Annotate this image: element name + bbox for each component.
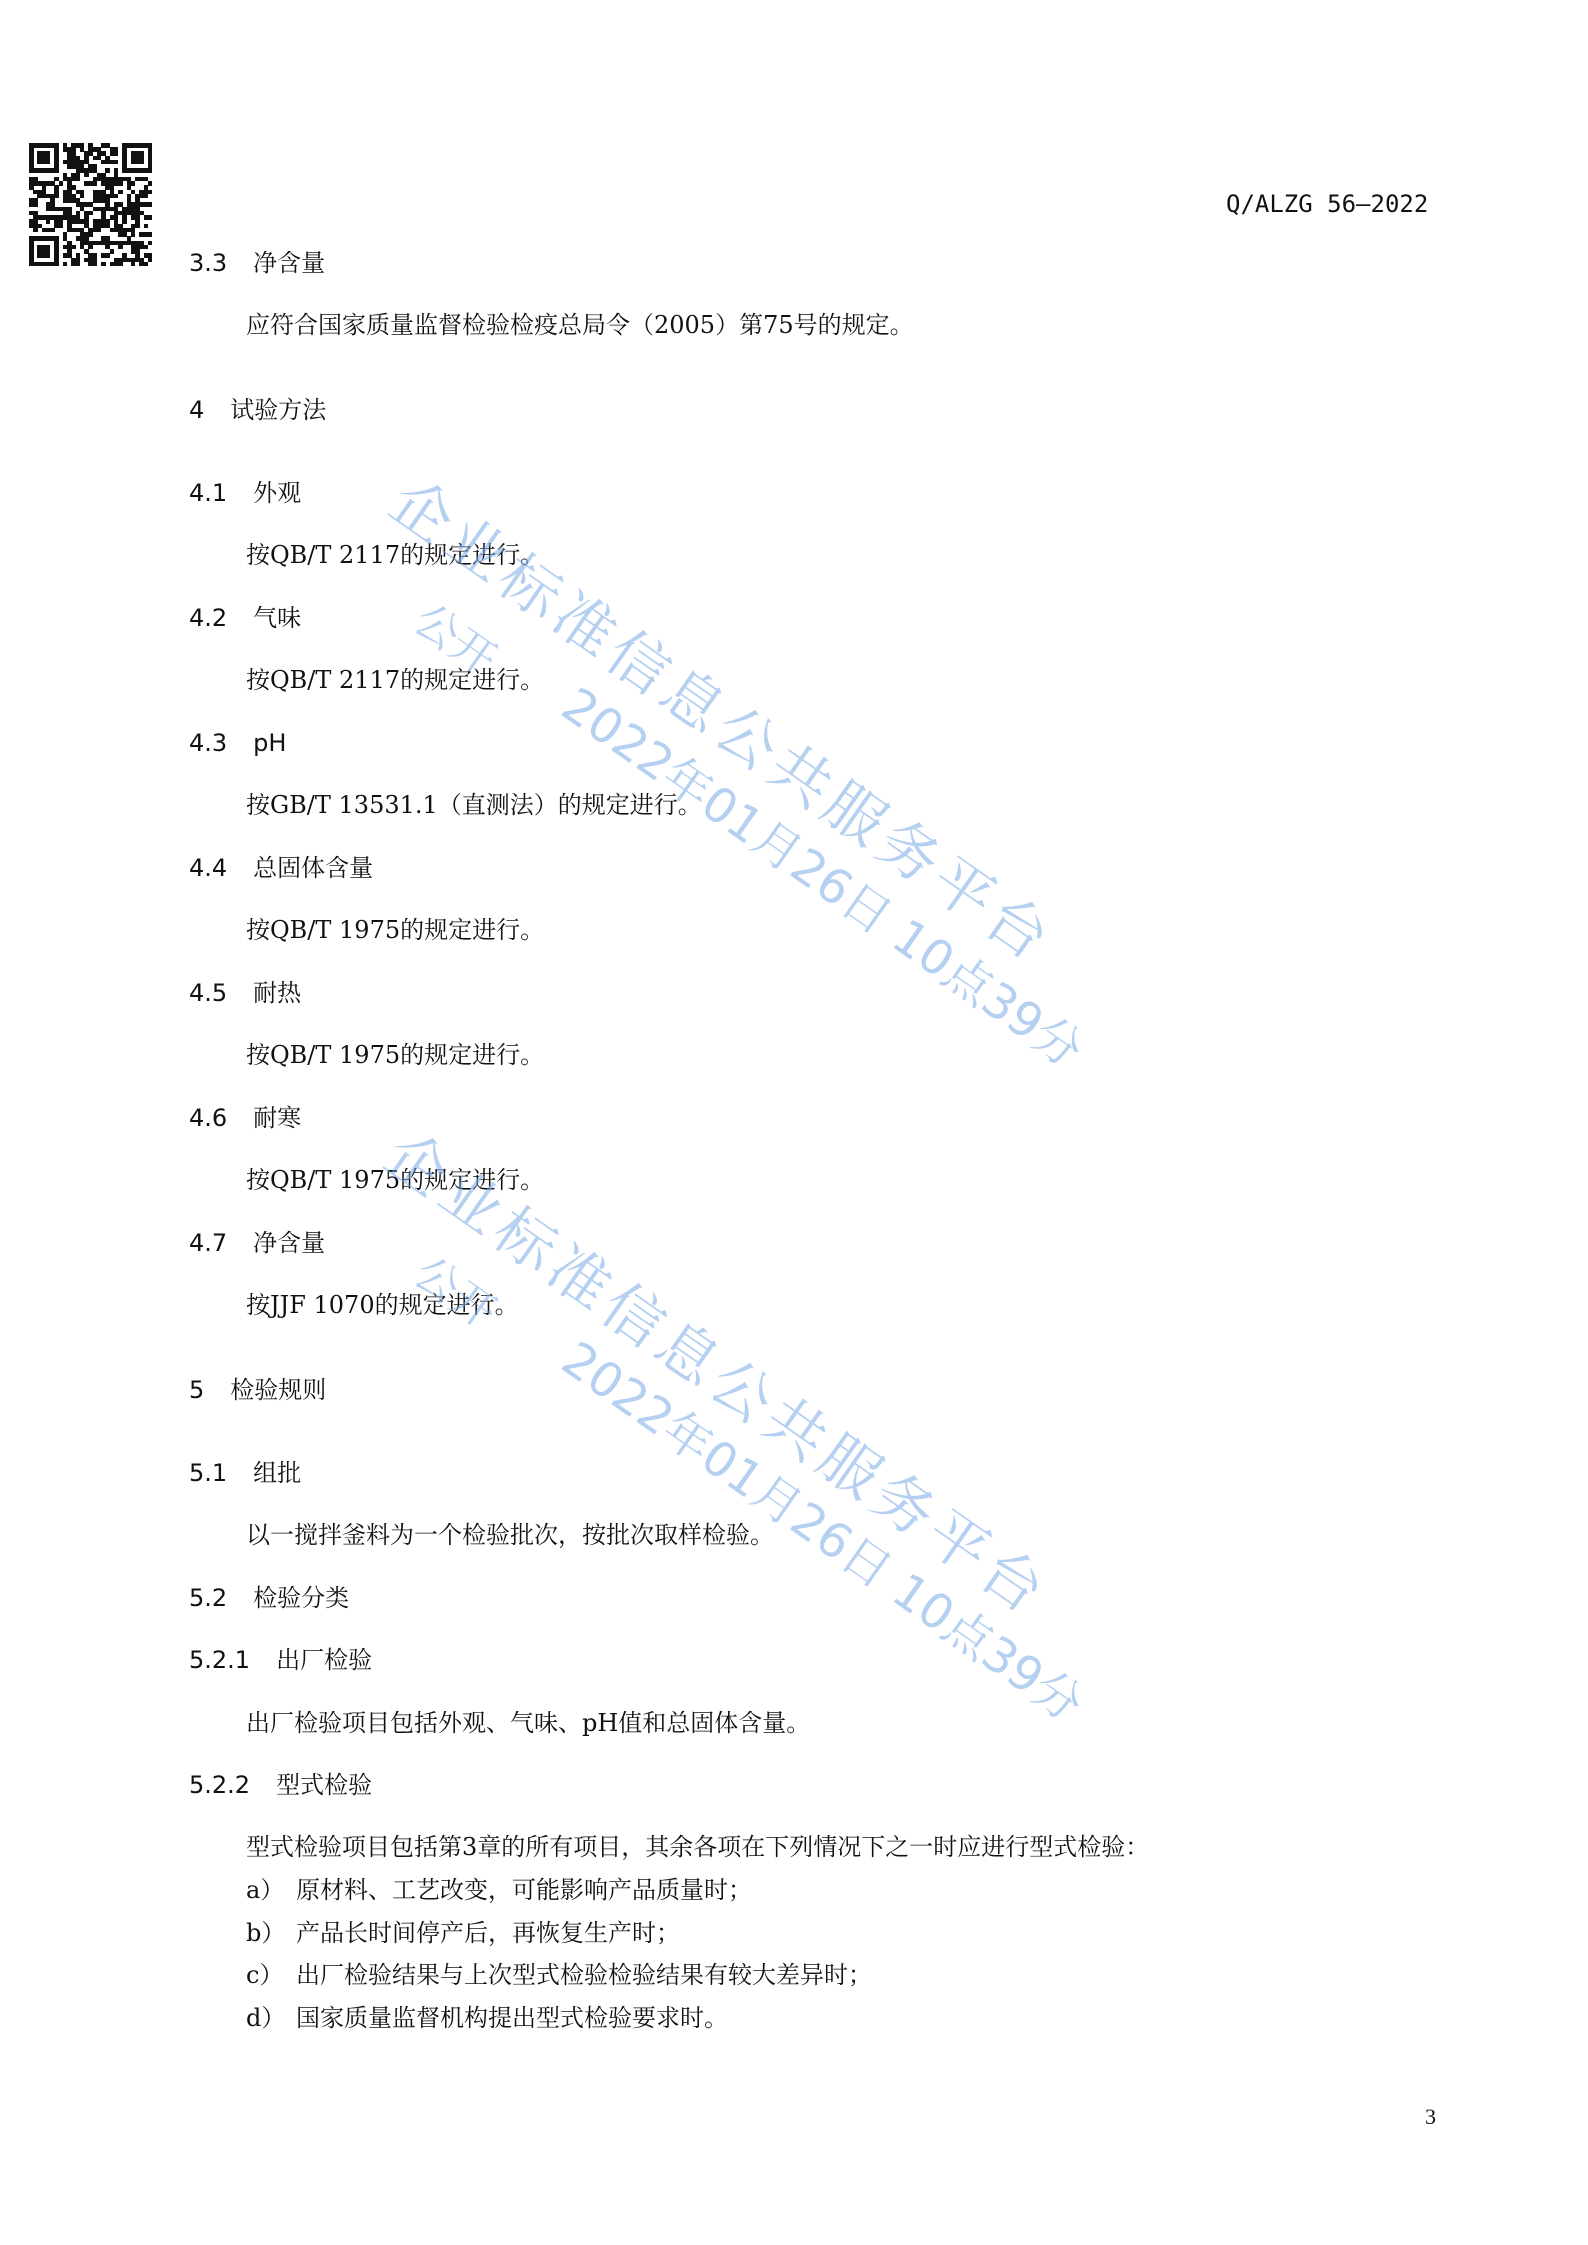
section-number: 5.2.2: [189, 1770, 250, 1800]
paragraph: 按QB/T 2117的规定进行。: [246, 540, 544, 570]
section-heading: 4.3pH: [189, 728, 286, 758]
section-heading: 4.1外观: [189, 478, 301, 508]
section-title: pH: [253, 729, 286, 757]
section-number: 4.6: [189, 1103, 227, 1133]
section-title: 耐热: [253, 979, 301, 1007]
section-number: 4.2: [189, 603, 227, 633]
page-number: 3: [1425, 2104, 1436, 2130]
section-heading: 4.4总固体含量: [189, 853, 373, 883]
paragraph: 按GB/T 13531.1（直测法）的规定进行。: [246, 790, 702, 820]
paragraph: 按JJF 1070的规定进行。: [246, 1290, 519, 1320]
list-text: 原材料、工艺改变，可能影响产品质量时；: [296, 1876, 752, 1904]
paragraph: 出厂检验项目包括外观、气味、pH值和总固体含量。: [246, 1708, 810, 1738]
section-title: 检验分类: [253, 1584, 349, 1612]
list-item: a）原材料、工艺改变，可能影响产品质量时；: [246, 1875, 752, 1905]
section-heading: 4.5耐热: [189, 978, 301, 1008]
section-title: 组批: [253, 1459, 301, 1487]
paragraph: 应符合国家质量监督检验检疫总局令（2005）第75号的规定。: [246, 310, 914, 340]
section-heading: 5.2.2型式检验: [189, 1770, 372, 1800]
list-marker: c）: [246, 1960, 296, 1990]
paragraph: 按QB/T 1975的规定进行。: [246, 915, 544, 945]
section-heading: 5.2.1出厂检验: [189, 1645, 372, 1675]
paragraph: 以一搅拌釜料为一个检验批次，按批次取样检验。: [246, 1520, 774, 1550]
section-title: 总固体含量: [253, 854, 373, 882]
watermark-date: 2022年01月26日 10点39分: [550, 668, 1099, 1081]
section-heading: 3.3净含量: [189, 248, 325, 278]
qr-code: [29, 143, 152, 266]
paragraph: 按QB/T 1975的规定进行。: [246, 1040, 544, 1070]
section-heading: 4试验方法: [189, 395, 326, 425]
list-item: c）出厂检验结果与上次型式检验检验结果有较大差异时；: [246, 1960, 872, 1990]
watermark-title: 企业标准信息公共服务平台: [376, 455, 1074, 980]
section-title: 型式检验: [276, 1771, 372, 1799]
section-title: 耐寒: [253, 1104, 301, 1132]
section-title: 出厂检验: [276, 1646, 372, 1674]
section-number: 5: [189, 1375, 204, 1405]
section-number: 5.1: [189, 1458, 227, 1488]
section-number: 4.7: [189, 1228, 227, 1258]
section-heading: 4.7净含量: [189, 1228, 325, 1258]
section-title: 净含量: [253, 1229, 325, 1257]
paragraph: 型式检验项目包括第3章的所有项目，其余各项在下列情况下之一时应进行型式检验：: [246, 1832, 1149, 1862]
section-heading: 4.2气味: [189, 603, 301, 633]
list-marker: d）: [246, 2003, 296, 2033]
section-heading: 5.1组批: [189, 1458, 301, 1488]
section-heading: 5.2检验分类: [189, 1583, 349, 1613]
paragraph: 按QB/T 2117的规定进行。: [246, 665, 544, 695]
section-heading: 4.6耐寒: [189, 1103, 301, 1133]
section-title: 气味: [253, 604, 301, 632]
document-code: Q/ALZG 56—2022: [1226, 190, 1428, 218]
list-marker: b）: [246, 1918, 296, 1948]
section-number: 4.1: [189, 478, 227, 508]
section-title: 净含量: [253, 249, 325, 277]
paragraph: 按QB/T 1975的规定进行。: [246, 1165, 544, 1195]
section-number: 5.2: [189, 1583, 227, 1613]
section-title: 外观: [253, 479, 301, 507]
list-text: 出厂检验结果与上次型式检验检验结果有较大差异时；: [296, 1961, 872, 1989]
section-number: 4: [189, 395, 204, 425]
section-heading: 5检验规则: [189, 1375, 326, 1405]
list-text: 国家质量监督机构提出型式检验要求时。: [296, 2004, 728, 2032]
list-marker: a）: [246, 1875, 296, 1905]
section-number: 4.5: [189, 978, 227, 1008]
section-number: 4.3: [189, 728, 227, 758]
section-title: 检验规则: [230, 1376, 326, 1404]
section-number: 3.3: [189, 248, 227, 278]
list-item: b）产品长时间停产后，再恢复生产时；: [246, 1918, 680, 1948]
section-number: 5.2.1: [189, 1645, 250, 1675]
list-text: 产品长时间停产后，再恢复生产时；: [296, 1919, 680, 1947]
section-title: 试验方法: [230, 396, 326, 424]
list-item: d）国家质量监督机构提出型式检验要求时。: [246, 2003, 728, 2033]
section-number: 4.4: [189, 853, 227, 883]
